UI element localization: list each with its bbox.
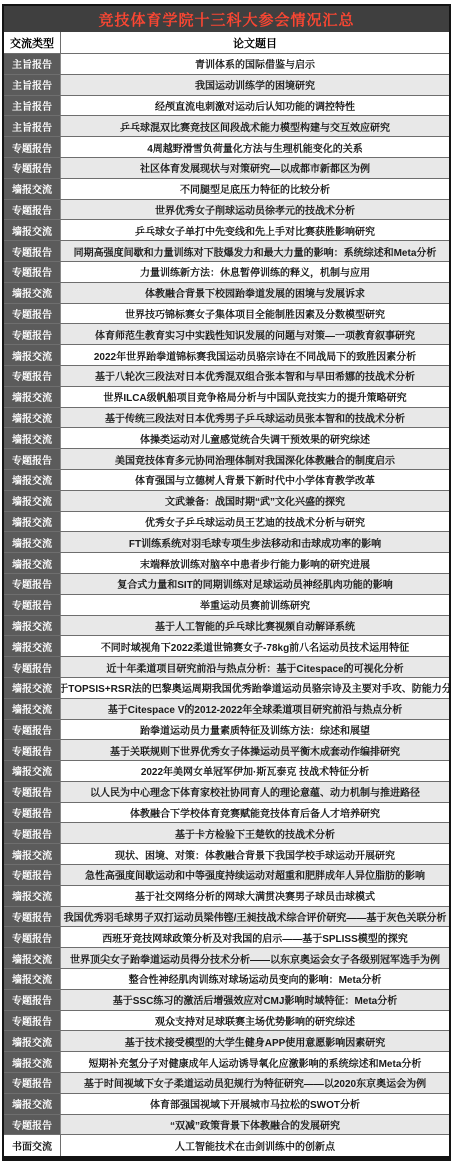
table-row: 专题报告 体教融合下学校体育竞赛赋能竞技体育后备人才培养研究 <box>4 803 449 824</box>
paper-title-cell: 急性高强度间歇运动和中等强度持续运动对超重和肥胖成年人异位脂肪的影响 <box>61 865 449 885</box>
table-row: 专题报告 世界优秀女子削球运动员徐孝元的技战术分析 <box>4 200 449 221</box>
table-row: 墙报交流 不同时域视角下2022柔道世锦赛女子-78kg前八名运动员技术运用特征 <box>4 636 449 657</box>
exchange-type-cell: 专题报告 <box>4 720 61 740</box>
table-row: 墙报交流 2022年美网女单冠军伊加·斯瓦泰克 技战术特征分析 <box>4 761 449 782</box>
paper-title-cell: 青训体系的国际借鉴与启示 <box>61 54 449 74</box>
table-row: 墙报交流 不同腿型足底压力特征的比较分析 <box>4 179 449 200</box>
paper-title-cell: 体操类运动对儿童感觉统合失调干预效果的研究综述 <box>61 428 449 448</box>
table-row: 墙报交流 体操类运动对儿童感觉统合失调干预效果的研究综述 <box>4 428 449 449</box>
table-row: 墙报交流 基于社交网络分析的网球大满贯决赛男子球员击球模式 <box>4 886 449 907</box>
table-row: 专题报告 以人民为中心理念下体育家校社协同育人的理论意蕴、动力机制与推进路径 <box>4 782 449 803</box>
paper-title-cell: 4周越野滑雪负荷量化方法与生理机能变化的关系 <box>61 137 449 157</box>
paper-title-cell: 2022年美网女单冠军伊加·斯瓦泰克 技战术特征分析 <box>61 761 449 781</box>
paper-title-cell: 乒乓球女子单打中先变线和先上手对比赛获胜影响研究 <box>61 220 449 240</box>
table-row: 墙报交流 基于TOPSIS+RSR法的巴黎奥运周期我国优秀跆拳道运动员骆宗诗及主… <box>4 678 449 699</box>
exchange-type-cell: 专题报告 <box>4 657 61 677</box>
conference-summary-table: 竞技体育学院十三科大参会情况汇总 交流类型 论文题目 主旨报告 青训体系的国际借… <box>2 4 451 1161</box>
table-row: 墙报交流 体教融合背景下校园跆拳道发展的困境与发展诉求 <box>4 283 449 304</box>
paper-title-cell: 社区体育发展现状与对策研究—以成都市新都区为例 <box>61 158 449 178</box>
paper-title-cell: 世界ILCA级帆船项目竞争格局分析与中国队竞技实力的提升策略研究 <box>61 387 449 407</box>
exchange-type-cell: 专题报告 <box>4 803 61 823</box>
exchange-type-cell: 墙报交流 <box>4 1094 61 1114</box>
table-row: 专题报告 基于SSC练习的激活后增强效应对CMJ影响时域特征：Meta分析 <box>4 990 449 1011</box>
column-header-paper-title: 论文题目 <box>61 32 449 53</box>
paper-title-cell: 整合性神经肌肉训练对球场运动员变向的影响：Meta分析 <box>61 969 449 989</box>
table-row: 专题报告 基于时间视域下女子柔道运动员犯规行为特征研究——以2020东京奥运会为… <box>4 1073 449 1094</box>
exchange-type-cell: 专题报告 <box>4 449 61 469</box>
exchange-type-cell: 墙报交流 <box>4 345 61 365</box>
paper-title-cell: 基于TOPSIS+RSR法的巴黎奥运周期我国优秀跆拳道运动员骆宗诗及主要对手攻、… <box>61 678 449 698</box>
table-row: 专题报告 西班牙竞技网球政策分析及对我国的启示——基于SPLISS模型的探究 <box>4 927 449 948</box>
paper-title-cell: 基于社交网络分析的网球大满贯决赛男子球员击球模式 <box>61 886 449 906</box>
table-row: 墙报交流 世界ILCA级帆船项目竞争格局分析与中国队竞技实力的提升策略研究 <box>4 387 449 408</box>
paper-title-cell: 体育部强国视域下开展城市马拉松的SWOT分析 <box>61 1094 449 1114</box>
paper-title-cell: 体育强国与立德树人背景下新时代中小学体育教学改革 <box>61 470 449 490</box>
table-row: 专题报告 力量训练新方法：休息暂停训练的释义，机制与应用 <box>4 262 449 283</box>
table-row: 墙报交流 现状、困境、对策：体教融合背景下我国学校手球运动开展研究 <box>4 844 449 865</box>
exchange-type-cell: 专题报告 <box>4 1115 61 1135</box>
exchange-type-cell: 墙报交流 <box>4 408 61 428</box>
table-row: 专题报告 近十年柔道项目研究前沿与热点分析：基于Citespace的可视化分析 <box>4 657 449 678</box>
exchange-type-cell: 专题报告 <box>4 740 61 760</box>
paper-title-cell: 我国运动训练学的困境研究 <box>61 75 449 95</box>
exchange-type-cell: 墙报交流 <box>4 179 61 199</box>
paper-title-cell: 复合式力量和SIT的同期训练对足球运动员神经肌肉功能的影响 <box>61 574 449 594</box>
exchange-type-cell: 墙报交流 <box>4 220 61 240</box>
exchange-type-cell: 墙报交流 <box>4 969 61 989</box>
exchange-type-cell: 专题报告 <box>4 823 61 843</box>
paper-title-cell: 体育师范生教育实习中实践性知识发展的问题与对策—一项教育叙事研究 <box>61 324 449 344</box>
paper-title-cell: 体教融合下学校体育竞赛赋能竞技体育后备人才培养研究 <box>61 803 449 823</box>
table-row: 墙报交流 基于Citespace V的2012-2022年全球柔道项目研究前沿与… <box>4 699 449 720</box>
exchange-type-cell: 专题报告 <box>4 1011 61 1031</box>
paper-title-cell: 力量训练新方法：休息暂停训练的释义，机制与应用 <box>61 262 449 282</box>
exchange-type-cell: 墙报交流 <box>4 491 61 511</box>
exchange-type-cell: 专题报告 <box>4 262 61 282</box>
table-row: 专题报告 体育师范生教育实习中实践性知识发展的问题与对策—一项教育叙事研究 <box>4 324 449 345</box>
table-row: 专题报告 急性高强度间歇运动和中等强度持续运动对超重和肥胖成年人异位脂肪的影响 <box>4 865 449 886</box>
table-row: 主旨报告 青训体系的国际借鉴与启示 <box>4 54 449 75</box>
table-row: 专题报告 社区体育发展现状与对策研究—以成都市新都区为例 <box>4 158 449 179</box>
exchange-type-cell: 墙报交流 <box>4 1031 61 1051</box>
exchange-type-cell: 专题报告 <box>4 158 61 178</box>
exchange-type-cell: 墙报交流 <box>4 699 61 719</box>
exchange-type-cell: 墙报交流 <box>4 553 61 573</box>
page: 竞技体育学院十三科大参会情况汇总 交流类型 论文题目 主旨报告 青训体系的国际借… <box>0 0 453 1161</box>
table-row: 墙报交流 体育部强国视域下开展城市马拉松的SWOT分析 <box>4 1094 449 1115</box>
table-row: 专题报告 跆拳道运动员力量素质特征及训练方法：综述和展望 <box>4 720 449 741</box>
table-row: 墙报交流 末端释放训练对脑卒中患者步行能力影响的研究进展 <box>4 553 449 574</box>
exchange-type-cell: 书面交流 <box>4 1135 61 1156</box>
table-row: 墙报交流 FT训练系统对羽毛球专项生步法移动和击球成功率的影响 <box>4 532 449 553</box>
exchange-type-cell: 墙报交流 <box>4 283 61 303</box>
table-row: 墙报交流 体育强国与立德树人背景下新时代中小学体育教学改革 <box>4 470 449 491</box>
table-body: 主旨报告 青训体系的国际借鉴与启示 主旨报告 我国运动训练学的困境研究 主旨报告… <box>4 54 449 1156</box>
paper-title-cell: 我国优秀羽毛球男子双打运动员梁伟铿/王昶技战术综合评价研究——基于灰色关联分析 <box>61 907 449 927</box>
exchange-type-cell: 专题报告 <box>4 137 61 157</box>
paper-title-cell: 短期补充氢分子对健康成年人运动诱导氧化应激影响的系统综述和Meta分析 <box>61 1052 449 1072</box>
exchange-type-cell: 墙报交流 <box>4 886 61 906</box>
exchange-type-cell: 专题报告 <box>4 927 61 947</box>
paper-title-cell: 基于人工智能的乒乓球比赛视频自动解译系统 <box>61 616 449 636</box>
paper-title-cell: 现状、困境、对策：体教融合背景下我国学校手球运动开展研究 <box>61 844 449 864</box>
table-row: 专题报告 基于卡方检验下王楚钦的技战术分析 <box>4 823 449 844</box>
paper-title-cell: 世界顶尖女子跆拳道运动员得分技术分析——以东京奥运会女子各级别冠军选手为例 <box>61 948 449 968</box>
table-header-row: 交流类型 论文题目 <box>4 32 449 54</box>
table-row: 专题报告 基于八轮次三段法对日本优秀混双组合张本智和与早田希娜的技战术分析 <box>4 366 449 387</box>
paper-title-cell: 文武兼备：战国时期“武”文化兴盛的探究 <box>61 491 449 511</box>
table-row: 专题报告 4周越野滑雪负荷量化方法与生理机能变化的关系 <box>4 137 449 158</box>
exchange-type-cell: 专题报告 <box>4 1073 61 1093</box>
paper-title-cell: 基于SSC练习的激活后增强效应对CMJ影响时域特征：Meta分析 <box>61 990 449 1010</box>
exchange-type-cell: 主旨报告 <box>4 116 61 136</box>
exchange-type-cell: 墙报交流 <box>4 948 61 968</box>
paper-title-cell: 不同时域视角下2022柔道世锦赛女子-78kg前八名运动员技术运用特征 <box>61 636 449 656</box>
exchange-type-cell: 墙报交流 <box>4 844 61 864</box>
table-row: 专题报告 我国优秀羽毛球男子双打运动员梁伟铿/王昶技战术综合评价研究——基于灰色… <box>4 907 449 928</box>
table-row: 墙报交流 优秀女子乒乓球运动员王艺迪的技战术分析与研究 <box>4 512 449 533</box>
table-row: 主旨报告 我国运动训练学的困境研究 <box>4 75 449 96</box>
paper-title-cell: 跆拳道运动员力量素质特征及训练方法：综述和展望 <box>61 720 449 740</box>
exchange-type-cell: 专题报告 <box>4 595 61 615</box>
table-row: 书面交流 人工智能技术在击剑训练中的创新点 <box>4 1135 449 1156</box>
paper-title-cell: 美国竞技体育多元协同治理体制对我国深化体教融合的制度启示 <box>61 449 449 469</box>
paper-title-cell: 近十年柔道项目研究前沿与热点分析：基于Citespace的可视化分析 <box>61 657 449 677</box>
table-row: 专题报告 “双减”政策背景下体教融合的发展研究 <box>4 1115 449 1136</box>
exchange-type-cell: 墙报交流 <box>4 428 61 448</box>
table-row: 专题报告 复合式力量和SIT的同期训练对足球运动员神经肌肉功能的影响 <box>4 574 449 595</box>
paper-title-cell: 人工智能技术在击剑训练中的创新点 <box>61 1135 449 1156</box>
table-title: 竞技体育学院十三科大参会情况汇总 <box>98 9 354 30</box>
table-row: 主旨报告 乒乓球混双比赛竞技区间段战术能力模型构建与交互效应研究 <box>4 116 449 137</box>
exchange-type-cell: 墙报交流 <box>4 761 61 781</box>
table-row: 专题报告 美国竞技体育多元协同治理体制对我国深化体教融合的制度启示 <box>4 449 449 470</box>
table-row: 墙报交流 文武兼备：战国时期“武”文化兴盛的探究 <box>4 491 449 512</box>
table-row: 墙报交流 基于传统三段法对日本优秀男子乒乓球运动员张本智和的技战术分析 <box>4 408 449 429</box>
paper-title-cell: 世界技巧锦标赛女子集体项目全能制胜因素及分数模型研究 <box>61 304 449 324</box>
paper-title-cell: 同期高强度间歇和力量训练对下肢爆发力和最大力量的影响：系统综述和Meta分析 <box>61 241 449 261</box>
exchange-type-cell: 专题报告 <box>4 304 61 324</box>
paper-title-cell: 2022年世界跆拳道锦标赛我国运动员骆宗诗在不同战局下的致胜因素分析 <box>61 345 449 365</box>
exchange-type-cell: 专题报告 <box>4 990 61 1010</box>
paper-title-cell: 乒乓球混双比赛竞技区间段战术能力模型构建与交互效应研究 <box>61 116 449 136</box>
column-header-exchange-type: 交流类型 <box>4 32 61 53</box>
table-row: 专题报告 举重运动员赛前训练研究 <box>4 595 449 616</box>
table-row: 墙报交流 整合性神经肌肉训练对球场运动员变向的影响：Meta分析 <box>4 969 449 990</box>
exchange-type-cell: 墙报交流 <box>4 1052 61 1072</box>
table-row: 墙报交流 短期补充氢分子对健康成年人运动诱导氧化应激影响的系统综述和Meta分析 <box>4 1052 449 1073</box>
exchange-type-cell: 墙报交流 <box>4 532 61 552</box>
paper-title-cell: 世界优秀女子削球运动员徐孝元的技战术分析 <box>61 200 449 220</box>
table-row: 墙报交流 2022年世界跆拳道锦标赛我国运动员骆宗诗在不同战局下的致胜因素分析 <box>4 345 449 366</box>
exchange-type-cell: 主旨报告 <box>4 96 61 116</box>
paper-title-cell: 优秀女子乒乓球运动员王艺迪的技战术分析与研究 <box>61 512 449 532</box>
paper-title-cell: 体教融合背景下校园跆拳道发展的困境与发展诉求 <box>61 283 449 303</box>
exchange-type-cell: 墙报交流 <box>4 636 61 656</box>
table-row: 专题报告 同期高强度间歇和力量训练对下肢爆发力和最大力量的影响：系统综述和Met… <box>4 241 449 262</box>
table-row: 墙报交流 乒乓球女子单打中先变线和先上手对比赛获胜影响研究 <box>4 220 449 241</box>
exchange-type-cell: 专题报告 <box>4 907 61 927</box>
paper-title-cell: 举重运动员赛前训练研究 <box>61 595 449 615</box>
paper-title-cell: 以人民为中心理念下体育家校社协同育人的理论意蕴、动力机制与推进路径 <box>61 782 449 802</box>
exchange-type-cell: 专题报告 <box>4 865 61 885</box>
exchange-type-cell: 专题报告 <box>4 366 61 386</box>
paper-title-cell: 不同腿型足底压力特征的比较分析 <box>61 179 449 199</box>
table-row: 墙报交流 世界顶尖女子跆拳道运动员得分技术分析——以东京奥运会女子各级别冠军选手… <box>4 948 449 969</box>
paper-title-cell: 西班牙竞技网球政策分析及对我国的启示——基于SPLISS模型的探究 <box>61 927 449 947</box>
exchange-type-cell: 墙报交流 <box>4 387 61 407</box>
paper-title-cell: FT训练系统对羽毛球专项生步法移动和击球成功率的影响 <box>61 532 449 552</box>
paper-title-cell: 基于Citespace V的2012-2022年全球柔道项目研究前沿与热点分析 <box>61 699 449 719</box>
paper-title-cell: 末端释放训练对脑卒中患者步行能力影响的研究进展 <box>61 553 449 573</box>
table-row: 主旨报告 经颅直流电刺激对运动后认知功能的调控特性 <box>4 96 449 117</box>
table-row: 专题报告 基于关联规则下世界优秀女子体操运动员平衡木成套动作编排研究 <box>4 740 449 761</box>
table-row: 墙报交流 基于人工智能的乒乓球比赛视频自动解译系统 <box>4 616 449 637</box>
paper-title-cell: 基于八轮次三段法对日本优秀混双组合张本智和与早田希娜的技战术分析 <box>61 366 449 386</box>
exchange-type-cell: 墙报交流 <box>4 616 61 636</box>
paper-title-cell: 经颅直流电刺激对运动后认知功能的调控特性 <box>61 96 449 116</box>
table-row: 专题报告 观众支持对足球联赛主场优势影响的研究综述 <box>4 1011 449 1032</box>
paper-title-cell: 观众支持对足球联赛主场优势影响的研究综述 <box>61 1011 449 1031</box>
paper-title-cell: 基于时间视域下女子柔道运动员犯规行为特征研究——以2020东京奥运会为例 <box>61 1073 449 1093</box>
paper-title-cell: “双减”政策背景下体教融合的发展研究 <box>61 1115 449 1135</box>
exchange-type-cell: 专题报告 <box>4 241 61 261</box>
exchange-type-cell: 专题报告 <box>4 574 61 594</box>
exchange-type-cell: 专题报告 <box>4 200 61 220</box>
exchange-type-cell: 专题报告 <box>4 782 61 802</box>
exchange-type-cell: 主旨报告 <box>4 54 61 74</box>
paper-title-cell: 基于卡方检验下王楚钦的技战术分析 <box>61 823 449 843</box>
paper-title-cell: 基于技术接受模型的大学生健身APP使用意愿影响因素研究 <box>61 1031 449 1051</box>
table-row: 墙报交流 基于技术接受模型的大学生健身APP使用意愿影响因素研究 <box>4 1031 449 1052</box>
exchange-type-cell: 墙报交流 <box>4 678 61 698</box>
exchange-type-cell: 专题报告 <box>4 324 61 344</box>
paper-title-cell: 基于关联规则下世界优秀女子体操运动员平衡木成套动作编排研究 <box>61 740 449 760</box>
table-row: 专题报告 世界技巧锦标赛女子集体项目全能制胜因素及分数模型研究 <box>4 304 449 325</box>
paper-title-cell: 基于传统三段法对日本优秀男子乒乓球运动员张本智和的技战术分析 <box>61 408 449 428</box>
exchange-type-cell: 主旨报告 <box>4 75 61 95</box>
exchange-type-cell: 墙报交流 <box>4 470 61 490</box>
table-title-bar: 竞技体育学院十三科大参会情况汇总 <box>4 6 449 32</box>
exchange-type-cell: 墙报交流 <box>4 512 61 532</box>
